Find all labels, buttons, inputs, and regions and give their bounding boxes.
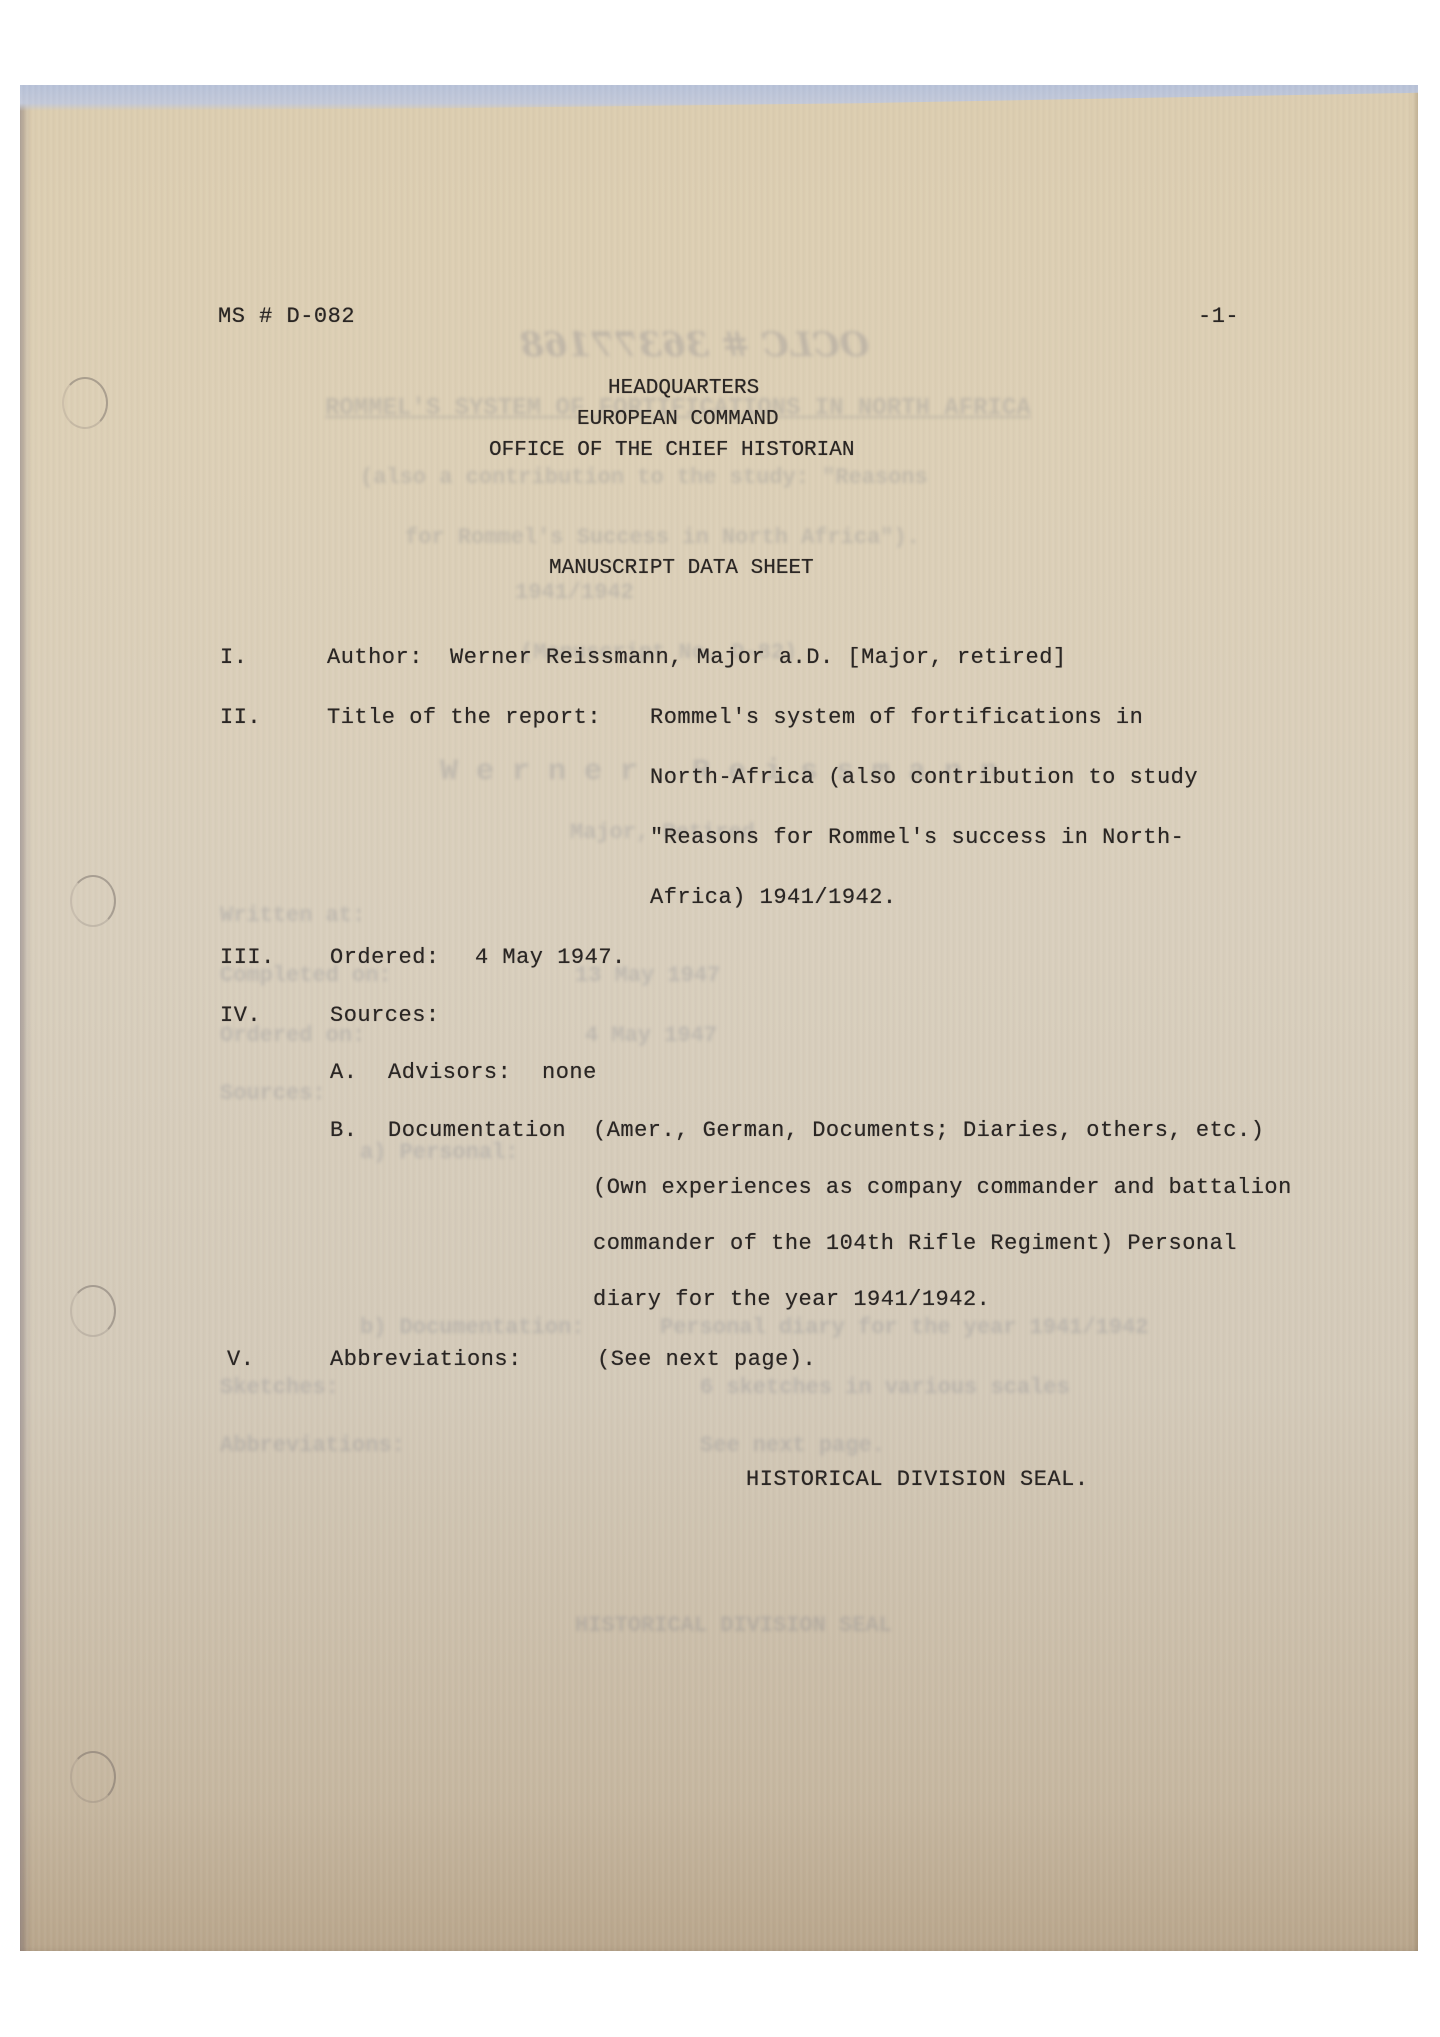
- documentation-value-line: (Amer., German, Documents; Diaries, othe…: [593, 1118, 1264, 1143]
- bleed-line: HISTORICAL DIVISION SEAL: [575, 1613, 892, 1638]
- section-numeral: II.: [220, 705, 261, 730]
- documentation-label: Documentation: [388, 1118, 566, 1143]
- sheet-title: MANUSCRIPT DATA SHEET: [549, 557, 814, 580]
- section-numeral: V.: [227, 1347, 254, 1372]
- title-value-line: Rommel's system of fortifications in: [650, 705, 1143, 730]
- documentation-value-line: commander of the 104th Rifle Regiment) P…: [593, 1231, 1237, 1256]
- subitem-letter: B.: [330, 1118, 357, 1143]
- bleed-line: 6 sketches in various scales: [700, 1375, 1070, 1400]
- title-value-line: North-Africa (also contribution to study: [650, 765, 1198, 790]
- header-headquarters: HEADQUARTERS: [608, 377, 759, 400]
- title-value-line: "Reasons for Rommel's success in North-: [650, 825, 1184, 850]
- page-number: -1-: [1198, 304, 1239, 329]
- documentation-value-line: (Own experiences as company commander an…: [593, 1175, 1292, 1200]
- advisors-label: Advisors:: [388, 1060, 511, 1085]
- bleed-line: for Rommel's Success in North Africa").: [405, 525, 920, 550]
- ordered-value: 4 May 1947.: [475, 945, 626, 970]
- abbreviations-value: (See next page).: [597, 1347, 816, 1372]
- section-numeral: III.: [220, 945, 275, 970]
- bleed-line: a) Personal:: [360, 1140, 518, 1165]
- bleed-line: Sketches:: [220, 1375, 339, 1400]
- author-value: Werner Reissmann, Major a.D. [Major, ret…: [450, 645, 1067, 670]
- advisors-value: none: [542, 1060, 597, 1085]
- manuscript-number: MS # D-082: [218, 304, 355, 329]
- bleed-line: Abbreviations:: [220, 1433, 405, 1458]
- punch-hole-icon: [70, 1751, 116, 1803]
- bleed-handwritten-number: OCLC # 36377168: [520, 325, 869, 365]
- bleed-line: Written at:: [220, 903, 365, 928]
- section-numeral: IV.: [220, 1003, 261, 1028]
- bleed-line: 4 May 1947: [585, 1023, 717, 1048]
- bleed-line: See next page.: [700, 1433, 885, 1458]
- punch-hole-icon: [62, 377, 108, 429]
- punch-hole-icon: [70, 1285, 116, 1337]
- bleed-line: b) Documentation:: [360, 1315, 584, 1340]
- header-european-command: EUROPEAN COMMAND: [577, 408, 779, 431]
- bleed-line: Personal diary for the year 1941/1942: [660, 1315, 1148, 1340]
- punch-hole-icon: [70, 875, 116, 927]
- ordered-label: Ordered:: [330, 945, 440, 970]
- title-value-line: Africa) 1941/1942.: [650, 885, 897, 910]
- background-strip: [20, 85, 1418, 111]
- bleed-line: 1941/1942: [515, 580, 634, 605]
- historical-division-seal: HISTORICAL DIVISION SEAL.: [746, 1467, 1089, 1492]
- bleed-line: (also a contribution to the study: "Reas…: [360, 465, 928, 490]
- bleed-line: Sources:: [220, 1081, 326, 1106]
- documentation-value-line: diary for the year 1941/1942.: [593, 1287, 990, 1312]
- author-label: Author:: [327, 645, 423, 670]
- document-page: OCLC # 36377168 ROMMEL'S SYSTEM OF FORTI…: [20, 85, 1418, 1951]
- sources-label: Sources:: [330, 1003, 440, 1028]
- title-label: Title of the report:: [327, 705, 601, 730]
- abbreviations-label: Abbreviations:: [330, 1347, 522, 1372]
- subitem-letter: A.: [330, 1060, 357, 1085]
- header-office: OFFICE OF THE CHIEF HISTORIAN: [489, 439, 854, 462]
- section-numeral: I.: [220, 645, 247, 670]
